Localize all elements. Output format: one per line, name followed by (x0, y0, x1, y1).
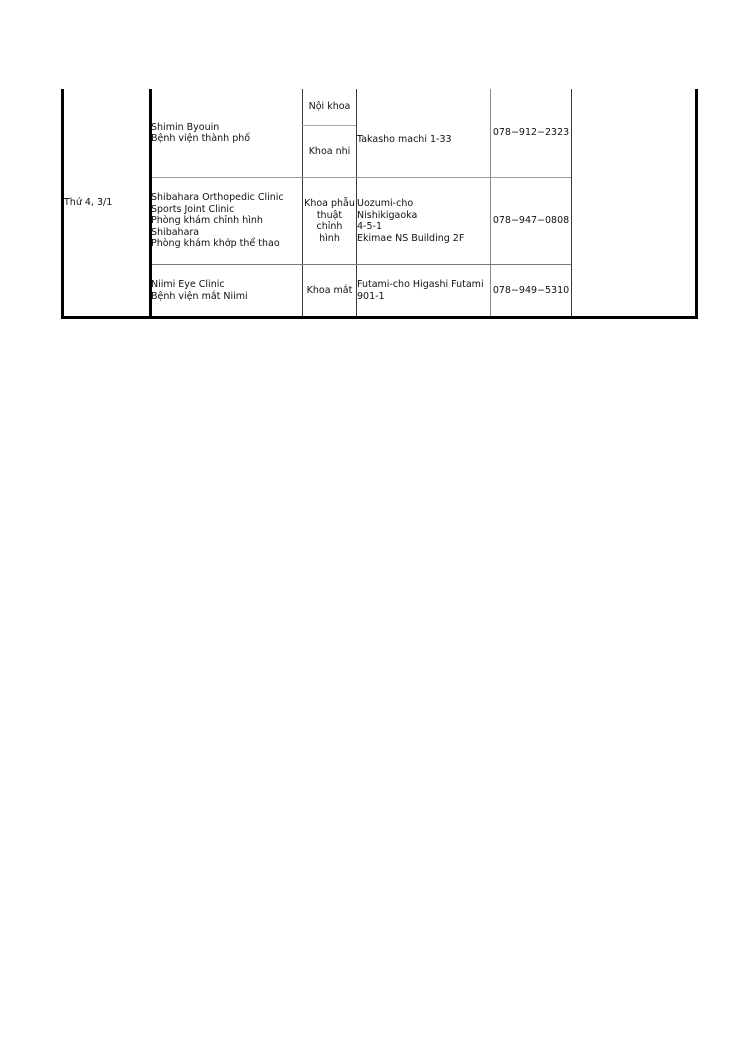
department-name: Khoa nhi (309, 146, 351, 158)
clinic-schedule-table: Thứ 4, 3/1 Shimin Byouin Bệnh viện thành… (61, 89, 698, 319)
facility-cell: Niimi Eye Clinic Bệnh viện mắt Niimi (151, 265, 301, 316)
document-page: Thứ 4, 3/1 Shimin Byouin Bệnh viện thành… (0, 0, 739, 1059)
table-border-right (695, 89, 698, 319)
facility-cell: Shimin Byouin Bệnh viện thành phố (151, 89, 301, 177)
address-text: Futami-cho Higashi Futami 901-1 (357, 279, 484, 302)
table-border-bottom (61, 316, 698, 319)
department-cell: Khoa nhi (303, 126, 356, 177)
facility-name: Shibahara Orthopedic Clinic Sports Joint… (151, 192, 284, 250)
facility-name: Shimin Byouin Bệnh viện thành phố (151, 122, 250, 145)
phone-number: 078−947−0808 (493, 215, 569, 227)
department-name: Khoa phẫu thuật chỉnh hình (303, 198, 356, 244)
phone-number: 078−912−2323 (493, 127, 569, 139)
address-text: Uozumi-cho Nishikigaoka 4-5-1 Ekimae NS … (357, 198, 464, 244)
department-name: Nội khoa (309, 101, 351, 113)
address-cell: Uozumi-cho Nishikigaoka 4-5-1 Ekimae NS … (357, 178, 490, 264)
department-cell: Khoa mắt (303, 265, 356, 316)
notes-cell (572, 89, 695, 316)
phone-cell: 078−949−5310 (491, 265, 571, 316)
department-cell: Khoa phẫu thuật chỉnh hình (303, 178, 356, 264)
facility-name: Niimi Eye Clinic Bệnh viện mắt Niimi (151, 279, 248, 302)
address-cell: Futami-cho Higashi Futami 901-1 (357, 265, 490, 316)
department-name: Khoa mắt (307, 285, 353, 297)
date-cell: Thứ 4, 3/1 (64, 89, 149, 316)
phone-cell: 078−912−2323 (491, 89, 571, 177)
department-cell: Nội khoa (303, 89, 356, 125)
facility-cell: Shibahara Orthopedic Clinic Sports Joint… (151, 178, 301, 264)
phone-number: 078−949−5310 (493, 285, 569, 297)
address-text: Takasho machi 1-33 (357, 134, 452, 146)
address-cell: Takasho machi 1-33 (357, 89, 490, 191)
date-label: Thứ 4, 3/1 (64, 197, 112, 209)
phone-cell: 078−947−0808 (491, 178, 571, 264)
